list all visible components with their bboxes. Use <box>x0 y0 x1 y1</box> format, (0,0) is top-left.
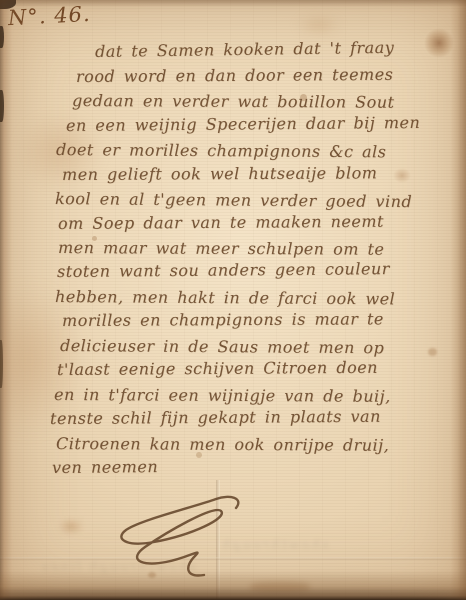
manuscript-line: hebben, men hakt in de farci ook wel <box>55 287 395 308</box>
manuscript-line: delicieuser in de Saus moet men op <box>60 336 384 357</box>
water-stain <box>296 14 342 36</box>
page-edge-bottom <box>0 570 466 600</box>
foxing-spot <box>58 518 84 535</box>
page-edge-right <box>450 0 466 600</box>
manuscript-line: ven neemen <box>52 457 158 477</box>
showthrough-ghost-text: showthrough <box>220 538 329 553</box>
foxing-spot <box>393 168 411 183</box>
manuscript-page: showthrough showthrough lines N°. 46. da… <box>0 0 466 600</box>
manuscript-line: gedaan en verder wat bouillon Sout <box>72 91 395 112</box>
edge-damage <box>0 340 3 388</box>
manuscript-line: tenste schil fijn gekapt in plaats van <box>50 407 381 428</box>
manuscript-line: doet er morilles champignons &c als <box>56 140 387 161</box>
edge-damage <box>0 26 4 48</box>
manuscript-line: om Soep daar van te maaken neemt <box>58 212 384 233</box>
manuscript-line: Citroenen kan men ook onrijpe druij, <box>56 434 389 455</box>
manuscript-line: t'laast eenige schijven Citroen doen <box>57 358 378 379</box>
manuscript-line: en in t'farci een wijnigje van de buij, <box>54 385 391 406</box>
foxing-spot <box>428 348 437 356</box>
crease-line <box>0 557 466 560</box>
manuscript-line: dat te Samen kooken dat 't fraay <box>95 38 394 61</box>
manuscript-line: rood word en dan door een teemes <box>76 65 393 86</box>
manuscript-line: en een weijnig Specerijen daar bij men <box>66 113 420 135</box>
manuscript-line: morilles en champignons is maar te <box>62 309 384 330</box>
manuscript-line: men gelieft ook wel hutseaije blom <box>62 163 377 184</box>
manuscript-line: stoten want sou anders geen couleur <box>57 259 390 281</box>
manuscript-line: men maar wat meer schulpen om te <box>58 238 385 259</box>
edge-damage <box>0 90 4 122</box>
page-edge-top <box>0 0 466 7</box>
manuscript-line: kool en al t'geen men verder goed vind <box>55 189 412 211</box>
